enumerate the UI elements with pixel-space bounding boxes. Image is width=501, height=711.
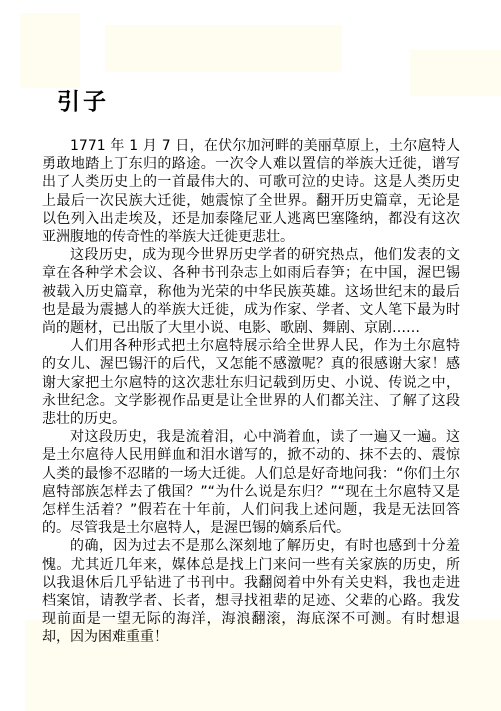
scan-artifact: [20, 13, 80, 88]
scan-artifact: [410, 50, 501, 96]
paragraph: 1771 年 1 月 7 日，在伏尔加河畔的美丽草原上，土尔扈特人勇敢地踏上丁东…: [42, 137, 460, 246]
paragraph: 对这段历史，我是流着泪，心中淌着血，读了一遍又一遍。这是土尔扈待人民用鲜血和泪水…: [42, 428, 460, 537]
chapter-title: 引子: [57, 83, 109, 116]
paragraph: 这段历史，成为现今世界历史学者的研究热点，他们发表的文章在各种学术会议、各种书刊…: [42, 246, 460, 337]
book-page: 引子 1771 年 1 月 7 日，在伏尔加河畔的美丽草原上，土尔扈特人勇敢地踏…: [0, 0, 501, 711]
paragraph: 的确，因为过去不是那么深刻地了解历史，有时也感到十分羞愧。尤其近几年来，媒体总是…: [42, 537, 460, 646]
scan-artifact: [105, 25, 342, 72]
body-text: 1771 年 1 月 7 日，在伏尔加河畔的美丽草原上，土尔扈特人勇敢地踏上丁东…: [42, 137, 460, 647]
paragraph: 人们用各种形式把土尔扈特展示给全世界人民，作为土尔扈特的女儿、渥巴锡汗的后代，又…: [42, 337, 460, 428]
